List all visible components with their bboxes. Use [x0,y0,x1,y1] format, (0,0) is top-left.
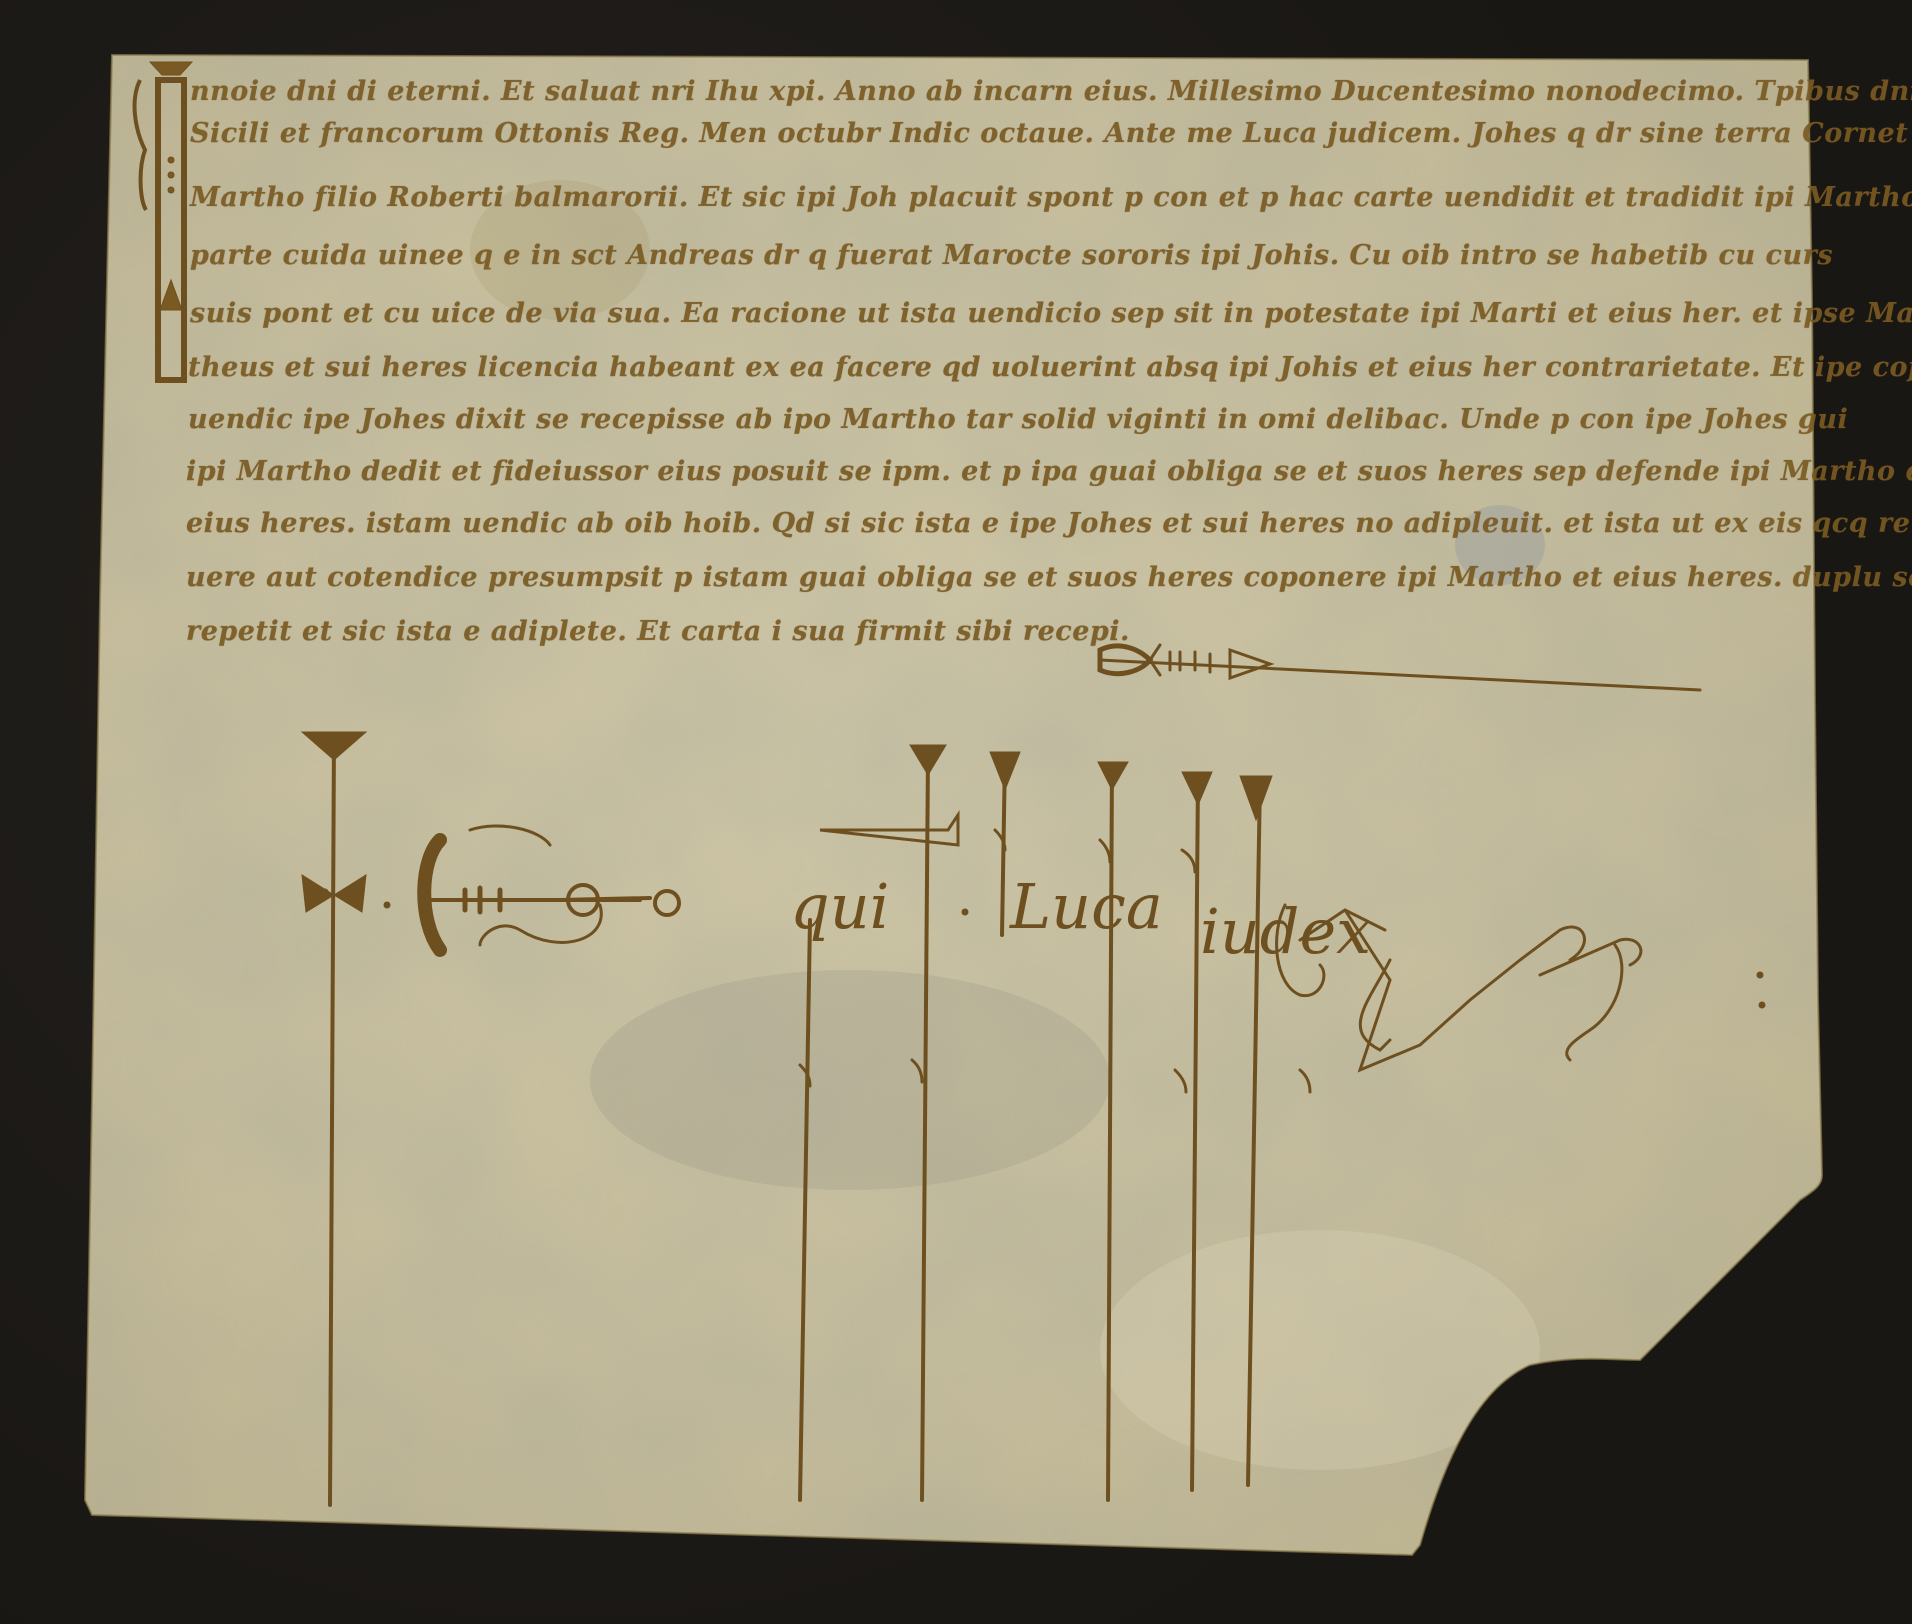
text-line-11: repetit et sic ista e adiplete. Et carta… [186,616,1130,647]
text-line-9: eius heres. istam uendic ab oib hoib. Qd… [186,508,1912,539]
text-line-6: theus et sui heres licencia habeant ex e… [188,352,1912,383]
text-line-2: Sicili et francorum Ottonis Reg. Men oct… [190,118,1912,149]
text-line-1: nnoie dni di eterni. Et saluat nri Ihu x… [190,76,1912,107]
subscription-luca: Luca [1010,870,1163,943]
text-line-3: Martho filio Roberti balmarorii. Et sic … [190,182,1912,213]
text-line-8: ipi Martho dedit et fideiussor eius posu… [186,456,1912,487]
subscription-iudex: iudex [1200,895,1371,968]
subscription-qui: qui [790,870,889,943]
parchment-charter: nnoie dni di eterni. Et saluat nri Ihu x… [0,0,1912,1624]
text-line-7: uendic ipe Johes dixit se recepisse ab i… [188,404,1848,435]
text-line-5: suis pont et cu uice de via sua. Ea raci… [190,298,1912,329]
text-line-4: parte cuida uinee q e in sct Andreas dr … [190,240,1833,271]
text-line-10: uere aut cotendice presumpsit p istam gu… [186,562,1912,593]
